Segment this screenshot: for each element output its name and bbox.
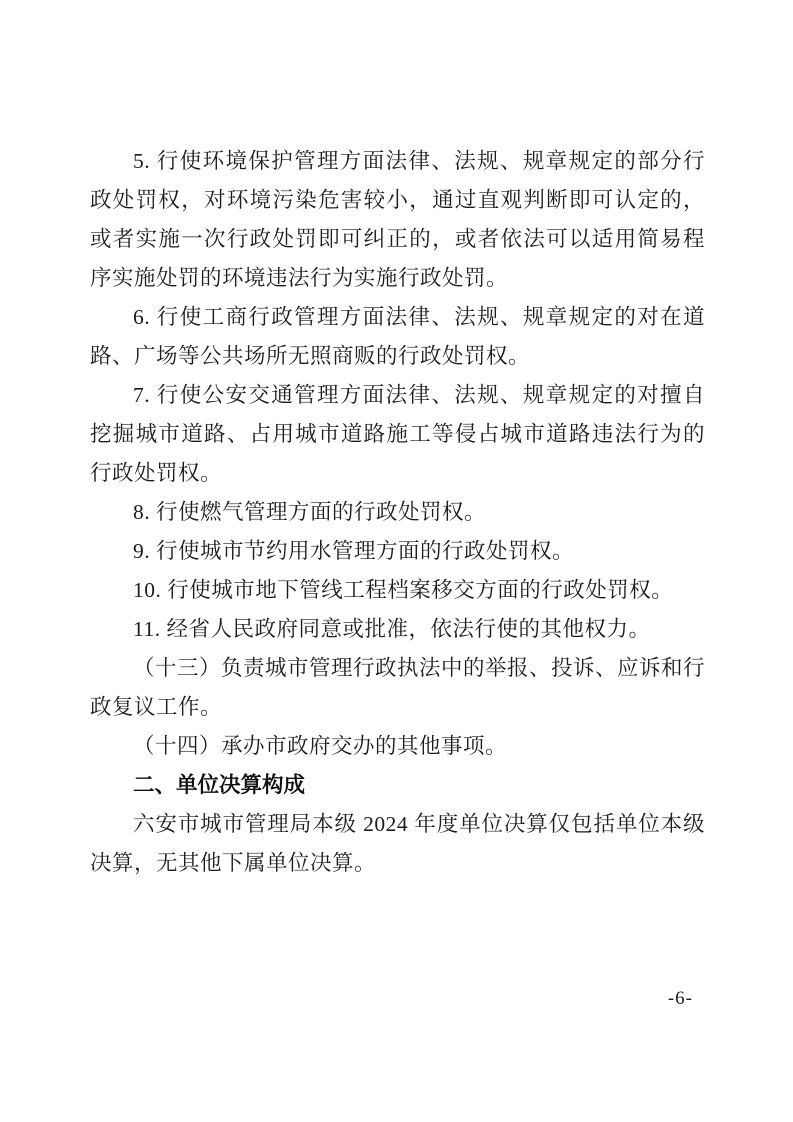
paragraph-item-10: 10. 行使城市地下管线工程档案移交方面的行政处罚权。 — [90, 571, 705, 610]
paragraph-item-6: 6. 行使工商行政管理方面法律、法规、规章规定的对在道路、广场等公共场所无照商贩… — [90, 298, 705, 376]
page-number: -6- — [668, 988, 693, 1010]
closing-paragraph: 六安市城市管理局本级 2024 年度单位决算仅包括单位本级决算，无其他下属单位决… — [90, 805, 705, 883]
paragraph-item-8: 8. 行使燃气管理方面的行政处罚权。 — [90, 493, 705, 532]
document-body: 5. 行使环境保护管理方面法律、法规、规章规定的部分行政处罚权，对环境污染危害较… — [90, 142, 705, 883]
section-heading: 二、单位决算构成 — [90, 766, 705, 805]
paragraph-item-9: 9. 行使城市节约用水管理方面的行政处罚权。 — [90, 532, 705, 571]
paragraph-item-7: 7. 行使公安交通管理方面法律、法规、规章规定的对擅自挖掘城市道路、占用城市道路… — [90, 376, 705, 493]
paragraph-item-5: 5. 行使环境保护管理方面法律、法规、规章规定的部分行政处罚权，对环境污染危害较… — [90, 142, 705, 298]
document-page: 5. 行使环境保护管理方面法律、法规、规章规定的部分行政处罚权，对环境污染危害较… — [0, 0, 793, 1122]
paragraph-item-13: （十三）负责城市管理行政执法中的举报、投诉、应诉和行政复议工作。 — [90, 649, 705, 727]
paragraph-item-14: （十四）承办市政府交办的其他事项。 — [90, 727, 705, 766]
paragraph-item-11: 11. 经省人民政府同意或批准，依法行使的其他权力。 — [90, 610, 705, 649]
